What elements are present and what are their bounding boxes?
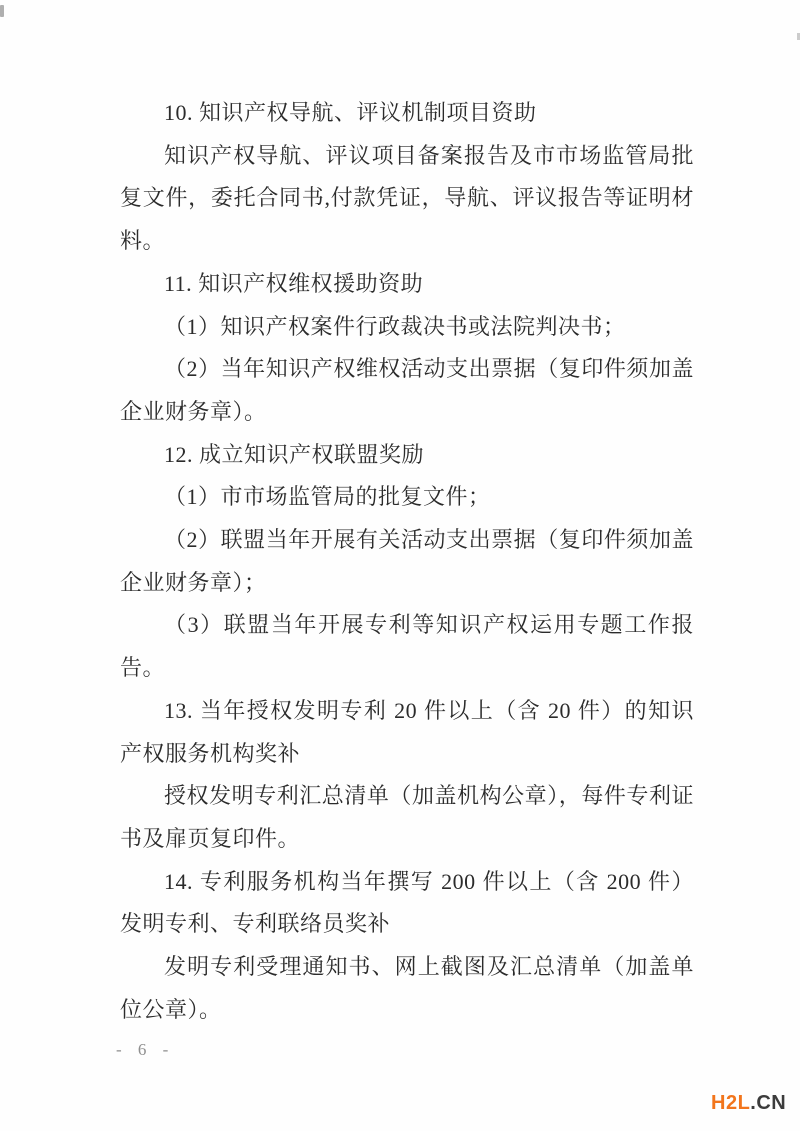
scan-artifact xyxy=(0,5,4,17)
item-11-point-2: （2）当年知识产权维权活动支出票据（复印件须加盖企业财务章）。 xyxy=(120,348,694,433)
item-11-point-1: （1）知识产权案件行政裁决书或法院判决书； xyxy=(120,306,694,349)
document-body: 10. 知识产权导航、评议机制项目资助 知识产权导航、评议项目备案报告及市市场监… xyxy=(120,92,694,1031)
scanned-document-page: 10. 知识产权导航、评议机制项目资助 知识产权导航、评议项目备案报告及市市场监… xyxy=(0,0,800,1131)
item-12-point-2: （2）联盟当年开展有关活动支出票据（复印件须加盖企业财务章）； xyxy=(120,519,694,604)
item-12-title: 12. 成立知识产权联盟奖励 xyxy=(120,434,694,477)
watermark-logo: H2L.CN xyxy=(711,1092,786,1115)
item-14-materials: 发明专利受理通知书、网上截图及汇总清单（加盖单位公章）。 xyxy=(120,946,694,1031)
watermark-brand: H2L xyxy=(711,1092,750,1114)
item-13-materials: 授权发明专利汇总清单（加盖机构公章），每件专利证书及扉页复印件。 xyxy=(120,775,694,860)
watermark-suffix: .CN xyxy=(750,1092,786,1114)
item-12-point-3: （3）联盟当年开展专利等知识产权运用专题工作报告。 xyxy=(120,604,694,689)
item-10-title: 10. 知识产权导航、评议机制项目资助 xyxy=(120,92,694,135)
page-number: - 6 - xyxy=(116,1040,174,1060)
item-12-point-1: （1）市市场监管局的批复文件； xyxy=(120,476,694,519)
item-10-materials: 知识产权导航、评议项目备案报告及市市场监管局批复文件，委托合同书,付款凭证，导航… xyxy=(120,135,694,263)
item-11-title: 11. 知识产权维权援助资助 xyxy=(120,263,694,306)
item-13-title: 13. 当年授权发明专利 20 件以上（含 20 件）的知识产权服务机构奖补 xyxy=(120,690,694,775)
item-14-title: 14. 专利服务机构当年撰写 200 件以上（含 200 件）发明专利、专利联络… xyxy=(120,861,694,946)
